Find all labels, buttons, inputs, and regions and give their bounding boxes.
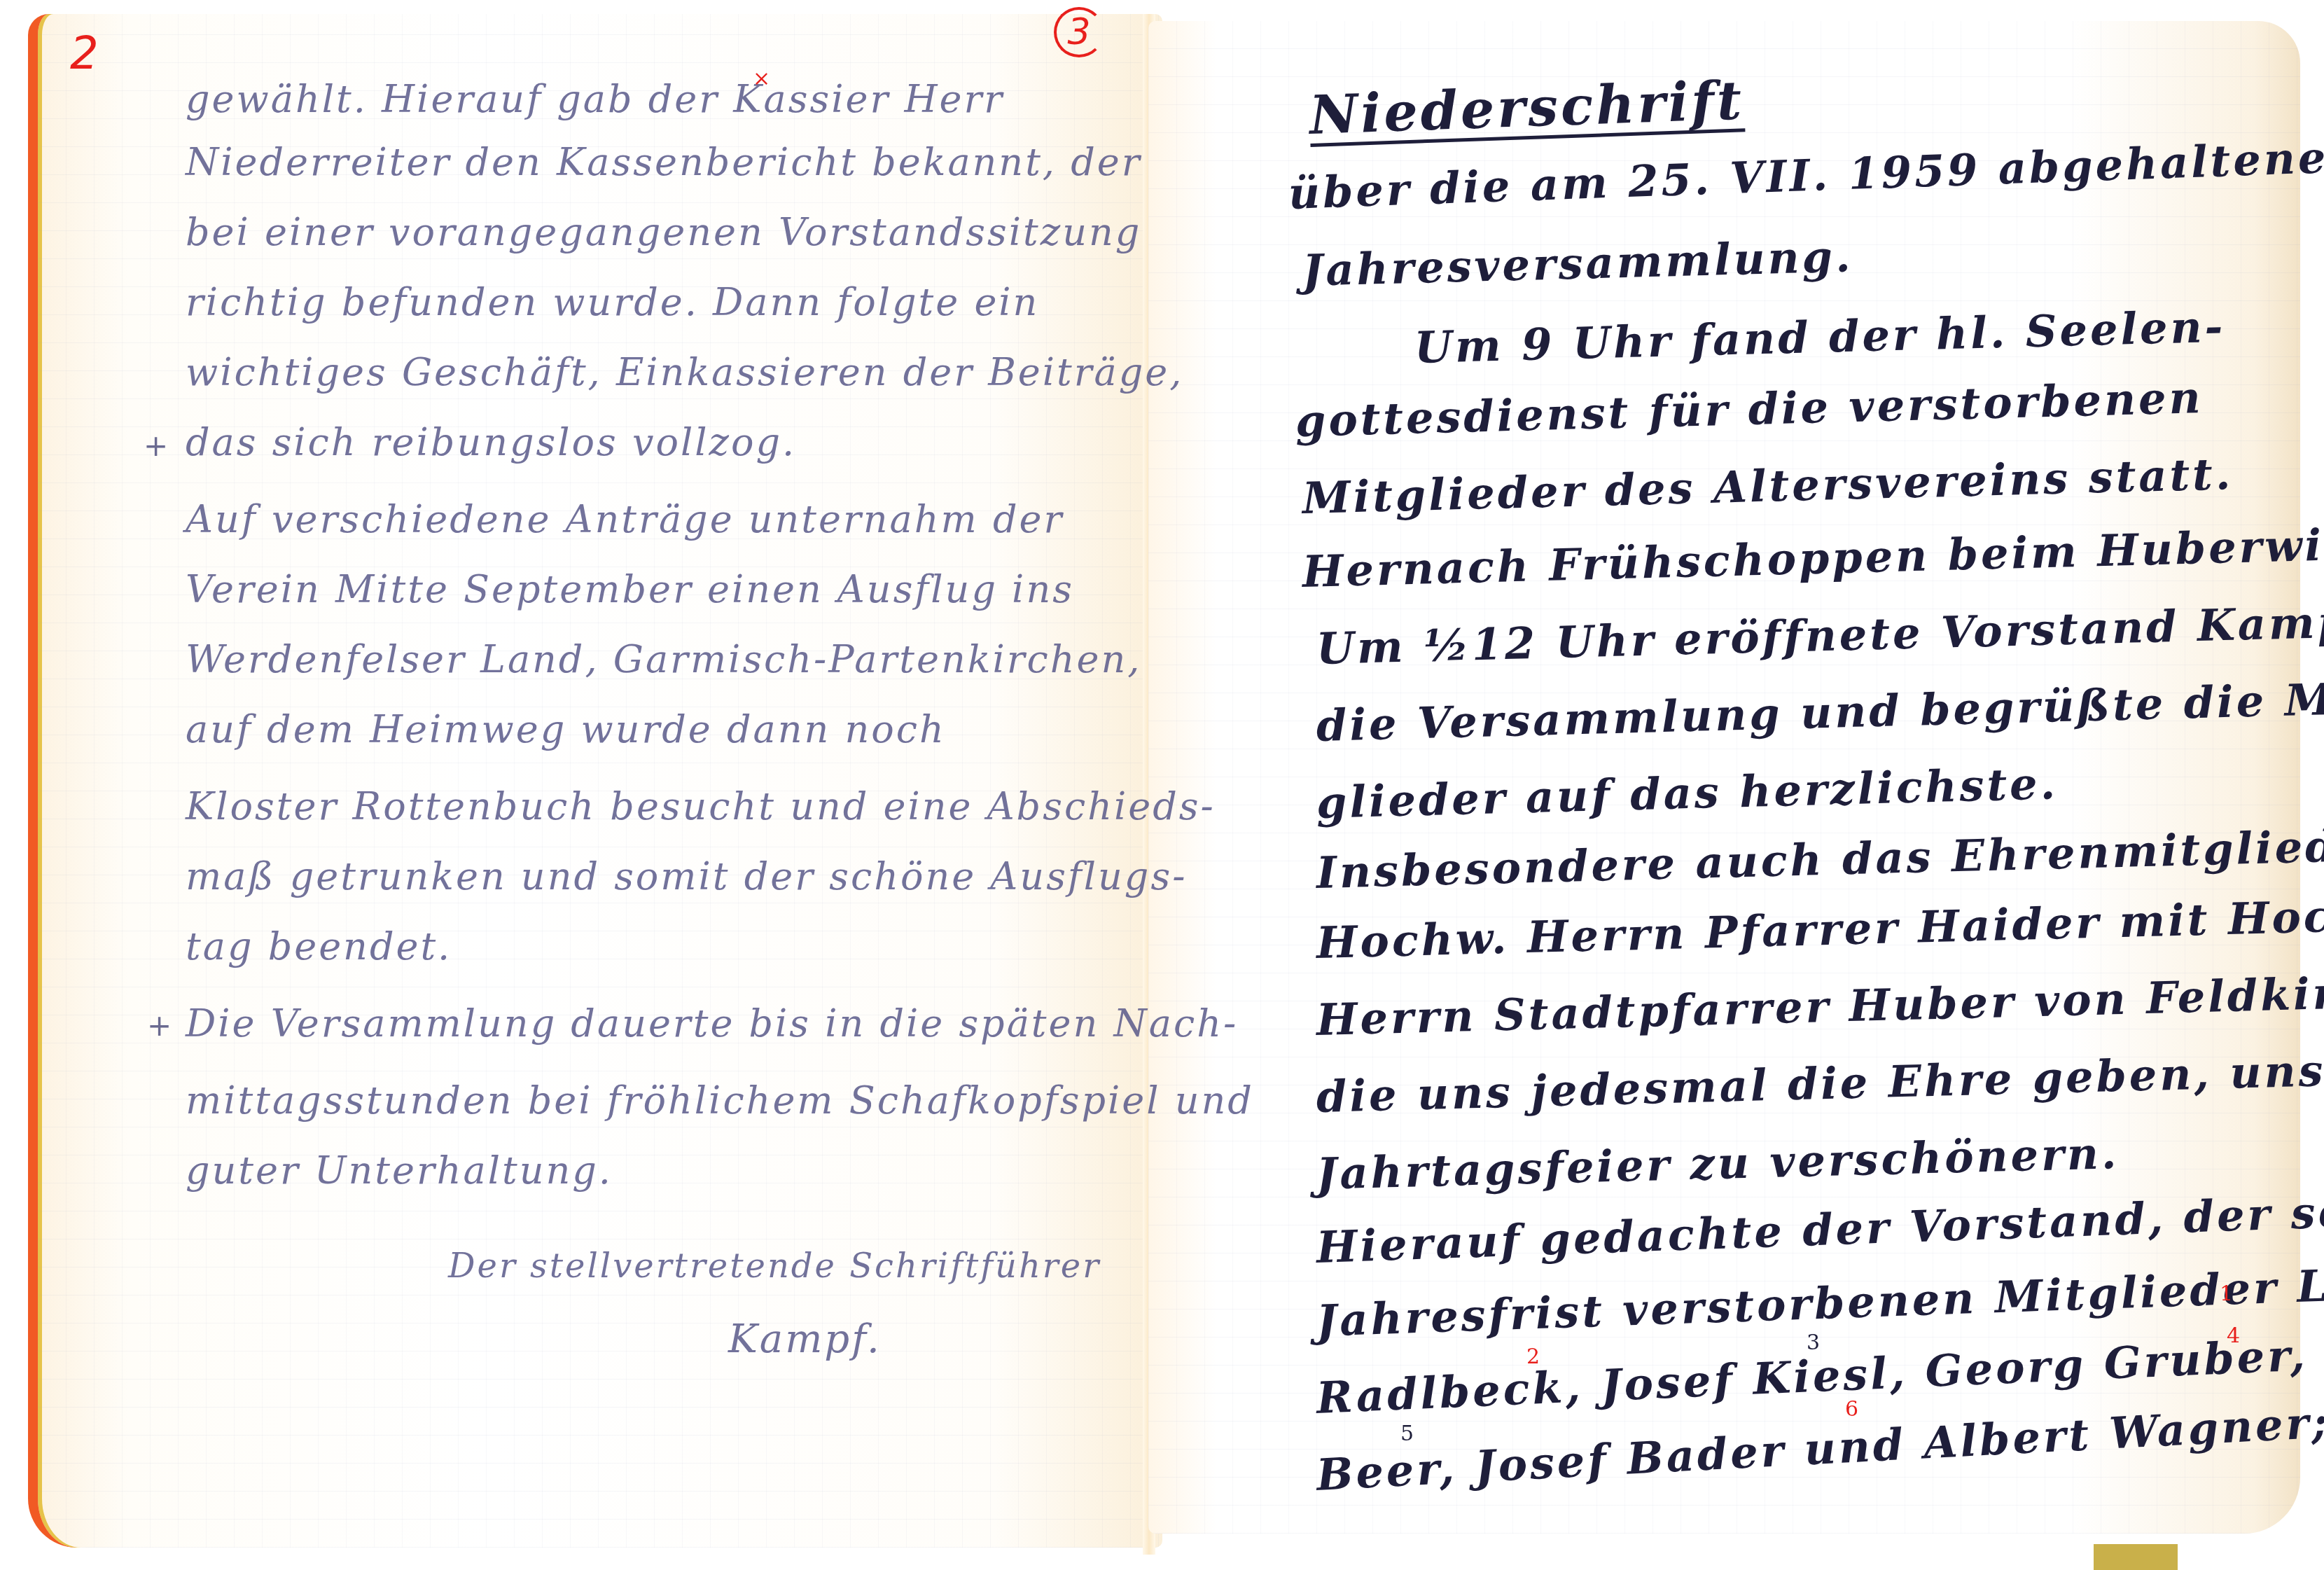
page-number-left: 2 [70,28,99,80]
left-line-6: das sich reibungslos vollzog. [186,420,796,464]
left-line-16: guter Unterhaltung. [186,1148,613,1193]
inline-red-marker: × [753,67,770,91]
footnote-number: 6 [1845,1397,1858,1422]
left-line-2: Niederreiter den Kassenbericht bekannt, … [186,140,1142,184]
left-line-1: gewählt. Hierauf gab der Kassier Herr [186,77,1004,121]
left-line-8: Verein Mitte September einen Ausflug ins [186,567,1074,611]
left-line-15: mittagsstunden bei fröhlichem Schafkopfs… [186,1078,1254,1123]
cover-edge [2094,1544,2178,1570]
left-line-13: tag beendet. [186,924,452,968]
margin-plus-mark: + [144,429,168,463]
page-number-right: 3 [1054,7,1104,57]
left-line-7: Auf verschiedene Anträge unternahm der [186,497,1064,541]
footnote-number: 4 [2227,1324,2240,1348]
left-line-9: Werdenfelser Land, Garmisch-Partenkirche… [186,637,1141,681]
left-line-5: wichtiges Geschäft, Einkassieren der Bei… [186,350,1183,394]
footnote-number: 5 [1400,1422,1414,1446]
footnote-number: 3 [1807,1331,1820,1355]
signature-title: Der stellvertretende Schriftführer [448,1246,1101,1286]
margin-plus-mark: + [147,1008,172,1043]
left-line-10: auf dem Heimweg wurde dann noch [186,707,946,751]
left-line-11: Kloster Rottenbuch besucht und eine Absc… [186,784,1216,828]
footnote-number: 2 [1526,1345,1540,1369]
footnote-number: 1 [2220,1281,2233,1306]
left-line-14: Die Versammlung dauerte bis in die späte… [186,1001,1238,1045]
signature-name: Kampf. [728,1317,882,1362]
left-line-3: bei einer vorangegangenen Vorstandssitzu… [186,210,1141,254]
left-line-12: maß getrunken und somit der schöne Ausfl… [186,854,1187,898]
left-line-4: richtig befunden wurde. Dann folgte ein [186,280,1039,324]
notebook-scan: 2 3 gewählt. Hierauf gab der Kassier Her… [0,0,2324,1570]
